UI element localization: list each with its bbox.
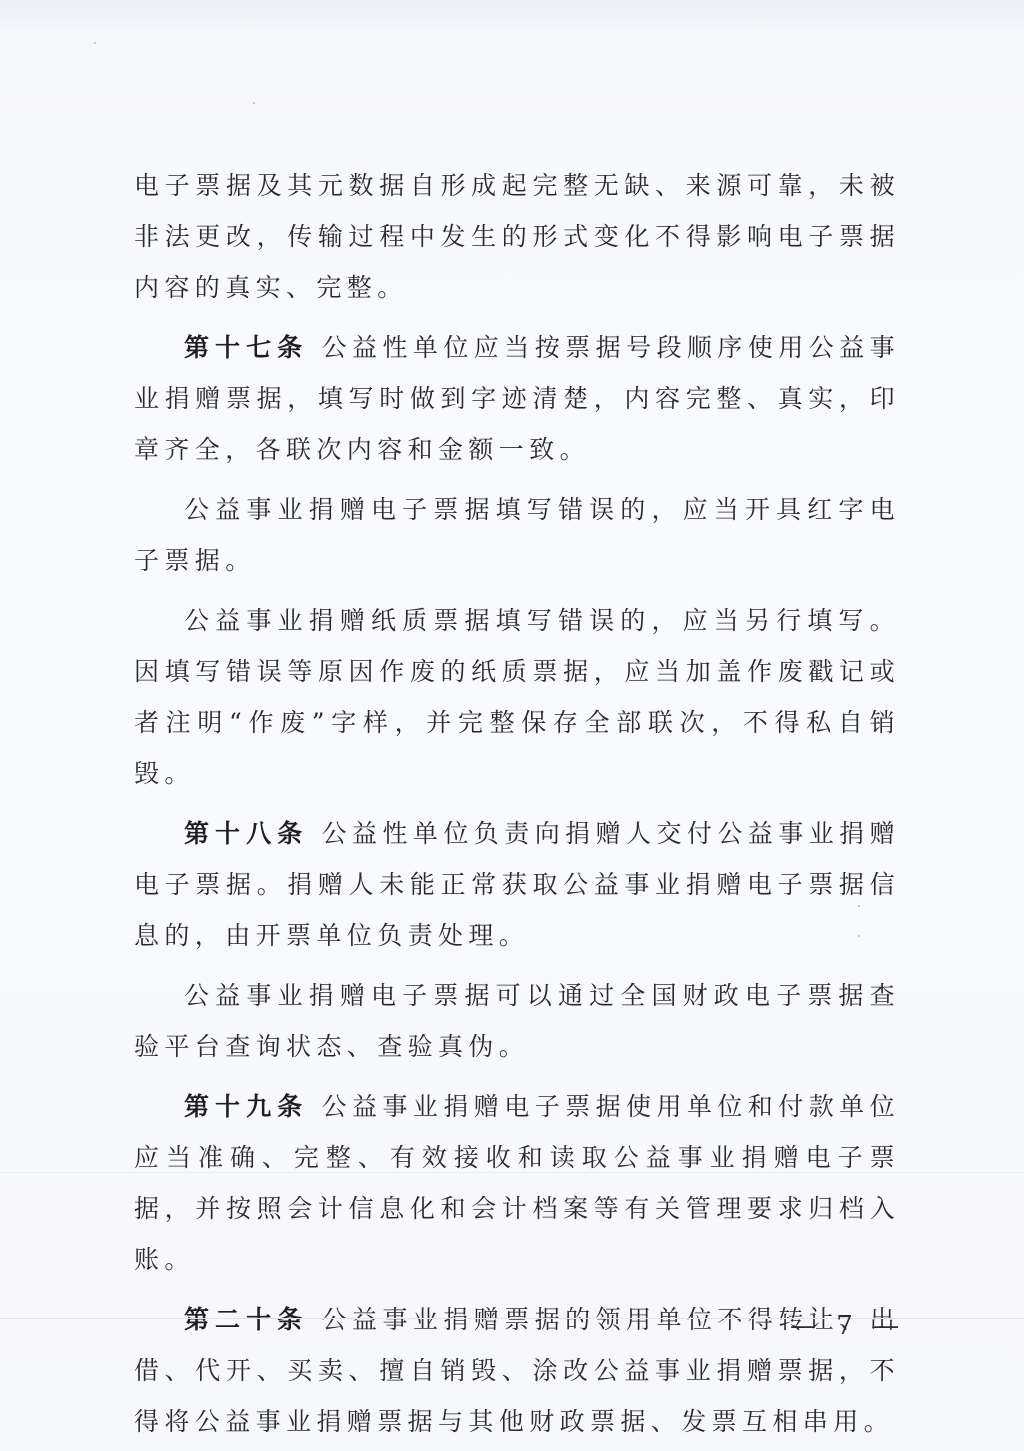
paragraph-text: 公益事业捐赠电子票据可以通过全国财政电子票据查验平台查询状态、查验真伪。: [134, 981, 900, 1061]
article-number: 第十七条: [184, 333, 308, 362]
document-page: 电子票据及其元数据自形成起完整无缺、来源可靠，未被非法更改，传输过程中发生的形式…: [0, 0, 1024, 1451]
paragraph-verification: 公益事业捐赠电子票据可以通过全国财政电子票据查验平台查询状态、查验真伪。: [134, 970, 900, 1072]
article-number: 第二十条: [184, 1305, 308, 1334]
page-number: — 7 —: [790, 1311, 905, 1341]
paragraph-continuation: 电子票据及其元数据自形成起完整无缺、来源可靠，未被非法更改，传输过程中发生的形式…: [134, 160, 900, 313]
paragraph-text: 电子票据及其元数据自形成起完整无缺、来源可靠，未被非法更改，传输过程中发生的形式…: [134, 171, 900, 302]
article-20: 第二十条 公益事业捐赠票据的领用单位不得转让、出借、代开、买卖、擅自销毁、涂改公…: [134, 1294, 900, 1447]
paragraph-text: 公益事业捐赠纸质票据填写错误的，应当另行填写。因填写错误等原因作废的纸质票据，应…: [134, 606, 900, 788]
article-18: 第十八条 公益性单位负责向捐赠人交付公益事业捐赠电子票据。捐赠人未能正常获取公益…: [134, 808, 900, 961]
article-number: 第十八条: [184, 819, 308, 848]
paragraph-paper-invoice: 公益事业捐赠纸质票据填写错误的，应当另行填写。因填写错误等原因作废的纸质票据，应…: [134, 595, 900, 799]
scan-speck: [858, 905, 860, 907]
paragraph-red-invoice: 公益事业捐赠电子票据填写错误的，应当开具红字电子票据。: [134, 484, 900, 586]
document-body: 电子票据及其元数据自形成起完整无缺、来源可靠，未被非法更改，传输过程中发生的形式…: [134, 160, 900, 1447]
article-number: 第十九条: [184, 1092, 308, 1121]
scan-speck: [253, 102, 255, 104]
article-17: 第十七条 公益性单位应当按票据号段顺序使用公益事业捐赠票据，填写时做到字迹清楚，…: [134, 322, 900, 475]
scan-speck: [858, 935, 860, 937]
scan-speck: [300, 1360, 302, 1362]
paragraph-text: 公益事业捐赠电子票据填写错误的，应当开具红字电子票据。: [134, 495, 900, 575]
scan-top-edge: [0, 0, 1024, 34]
article-19: 第十九条 公益事业捐赠电子票据使用单位和付款单位应当准确、完整、有效接收和读取公…: [134, 1081, 900, 1285]
scan-speck: [94, 42, 96, 44]
